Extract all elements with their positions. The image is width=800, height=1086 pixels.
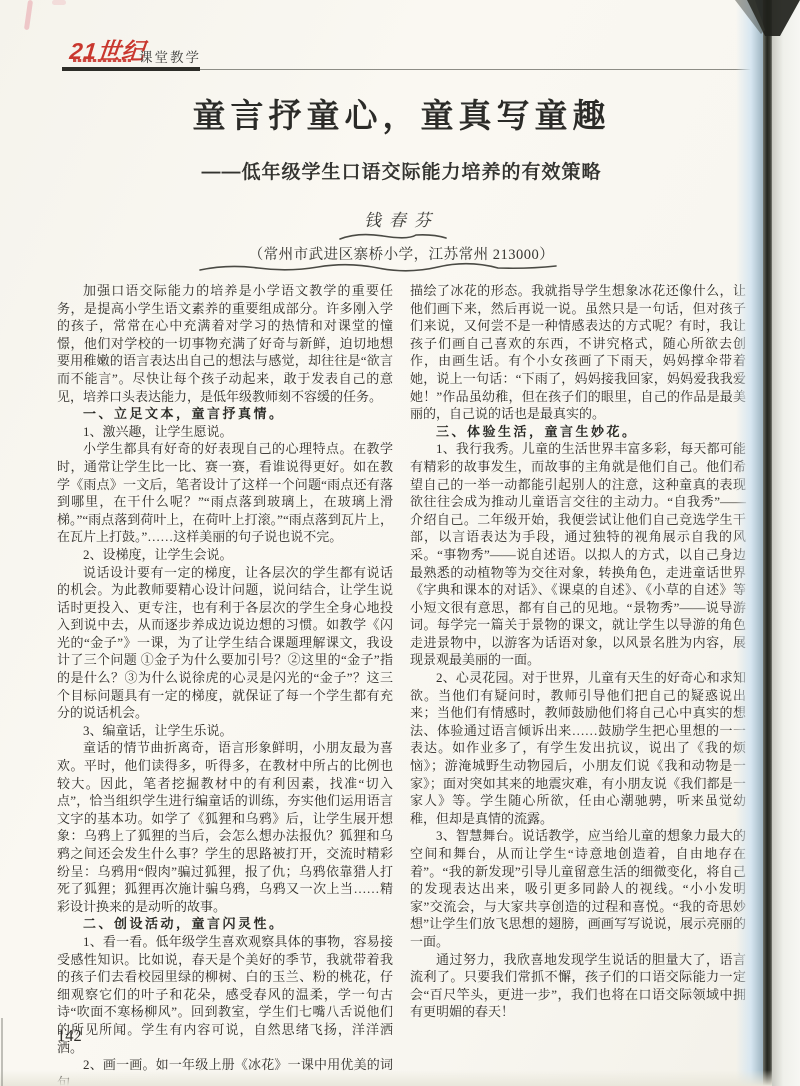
closing-paragraph: 通过努力，我欣喜地发现学生说话的胆量大了，语言流利了。只要我们常抓不懈，孩子们的… [410,951,746,1021]
left-column: 加强口语交际能力的培养是小学语文教学的重要任务，是提高小学生语文素养的重要组成部… [57,282,393,1086]
affiliation-underline-stroke [198,262,558,274]
section-label: 课堂教学 [139,46,201,66]
section-heading-3: 三、体验生活，童言生妙花。 [410,423,746,441]
scanned-page: 21世纪 课堂教学 童言抒童心，童真写童趣 ——低年级学生口语交际能力培养的有效… [0,0,800,1086]
section-heading-1: 一、立足文本，童言抒真情。 [57,405,393,423]
scan-bottom-shading [0,1070,772,1086]
article-body: 加强口语交际能力的培养是小学语文教学的重要任务，是提高小学生语文素养的重要组成部… [57,282,746,1086]
paragraph-continued: 描绘了冰花的形态。我就指导学生想象冰花还像什么，让他们画下来，然后再说一说。虽然… [410,282,746,423]
scan-pink-streak [52,0,66,5]
subpoint-heading: 1、激兴趣，让学生愿说。 [57,423,393,441]
paragraph: 童话的情节曲折离奇，语言形象鲜明，小朋友最为喜欢。平时，他们读得多，听得多，在教… [57,739,393,915]
paragraph: 3、智慧舞台。说话教学，应当给儿童的想象力最大的空间和舞台，从而让学生“诗意地创… [410,827,746,950]
header-rule-thick [62,67,200,71]
page-number: 142 [57,1026,82,1046]
logo-tagline [73,59,131,62]
scan-pink-streak [24,0,33,30]
scan-edge-dark-line [763,0,772,1086]
article-subtitle: ——低年级学生口语交际能力培养的有效策略 [57,157,746,184]
section-heading-2: 二、创设活动，童言闪灵性。 [57,915,393,933]
right-column: 描绘了冰花的形态。我就指导学生想象冰花还像什么，让他们画下来，然后再说一说。虽然… [410,282,746,1086]
author-affiliation: （常州市武进区寨桥小学，江苏常州 213000） [57,243,746,264]
paragraph: 小学生都具有好奇的好表现自己的心理特点。在教学时，通常让学生比一比、赛一赛，看谁… [57,440,393,546]
scan-left-edge-line [1,1018,3,1086]
scan-edge-outer-margin [772,0,800,1086]
paragraph: 说话设计要有一定的梯度，让各层次的学生都有说话的机会。为此教师要精心设计问题，说… [57,564,393,722]
scan-edge-blue-strip [736,0,763,1086]
subpoint-heading: 2、设梯度，让学生会说。 [57,546,393,564]
paragraph: 加强口语交际能力的培养是小学语文教学的重要任务，是提高小学生语文素养的重要组成部… [57,282,393,405]
author-underline-stroke [338,230,448,242]
paragraph: 1、我行我秀。儿童的生活世界丰富多彩，每天都可能有精彩的故事发生，而故事的主角就… [410,440,746,669]
header-rule-thin [200,69,768,70]
article-title: 童言抒童心，童真写童趣 [57,90,746,137]
author-name: 钱春芬 [57,206,746,231]
subpoint-heading: 3、编童话，让学生乐说。 [57,722,393,740]
paragraph: 2、心灵花园。对于世界，儿童有天生的好奇心和求知欲。当他们有疑问时，教师引导他们… [410,669,746,827]
scan-corner-shadow [735,0,800,36]
paragraph: 1、看一看。低年级学生喜欢观察具体的事物，容易接受感性知识。比如说，春天是个美好… [57,933,393,1056]
